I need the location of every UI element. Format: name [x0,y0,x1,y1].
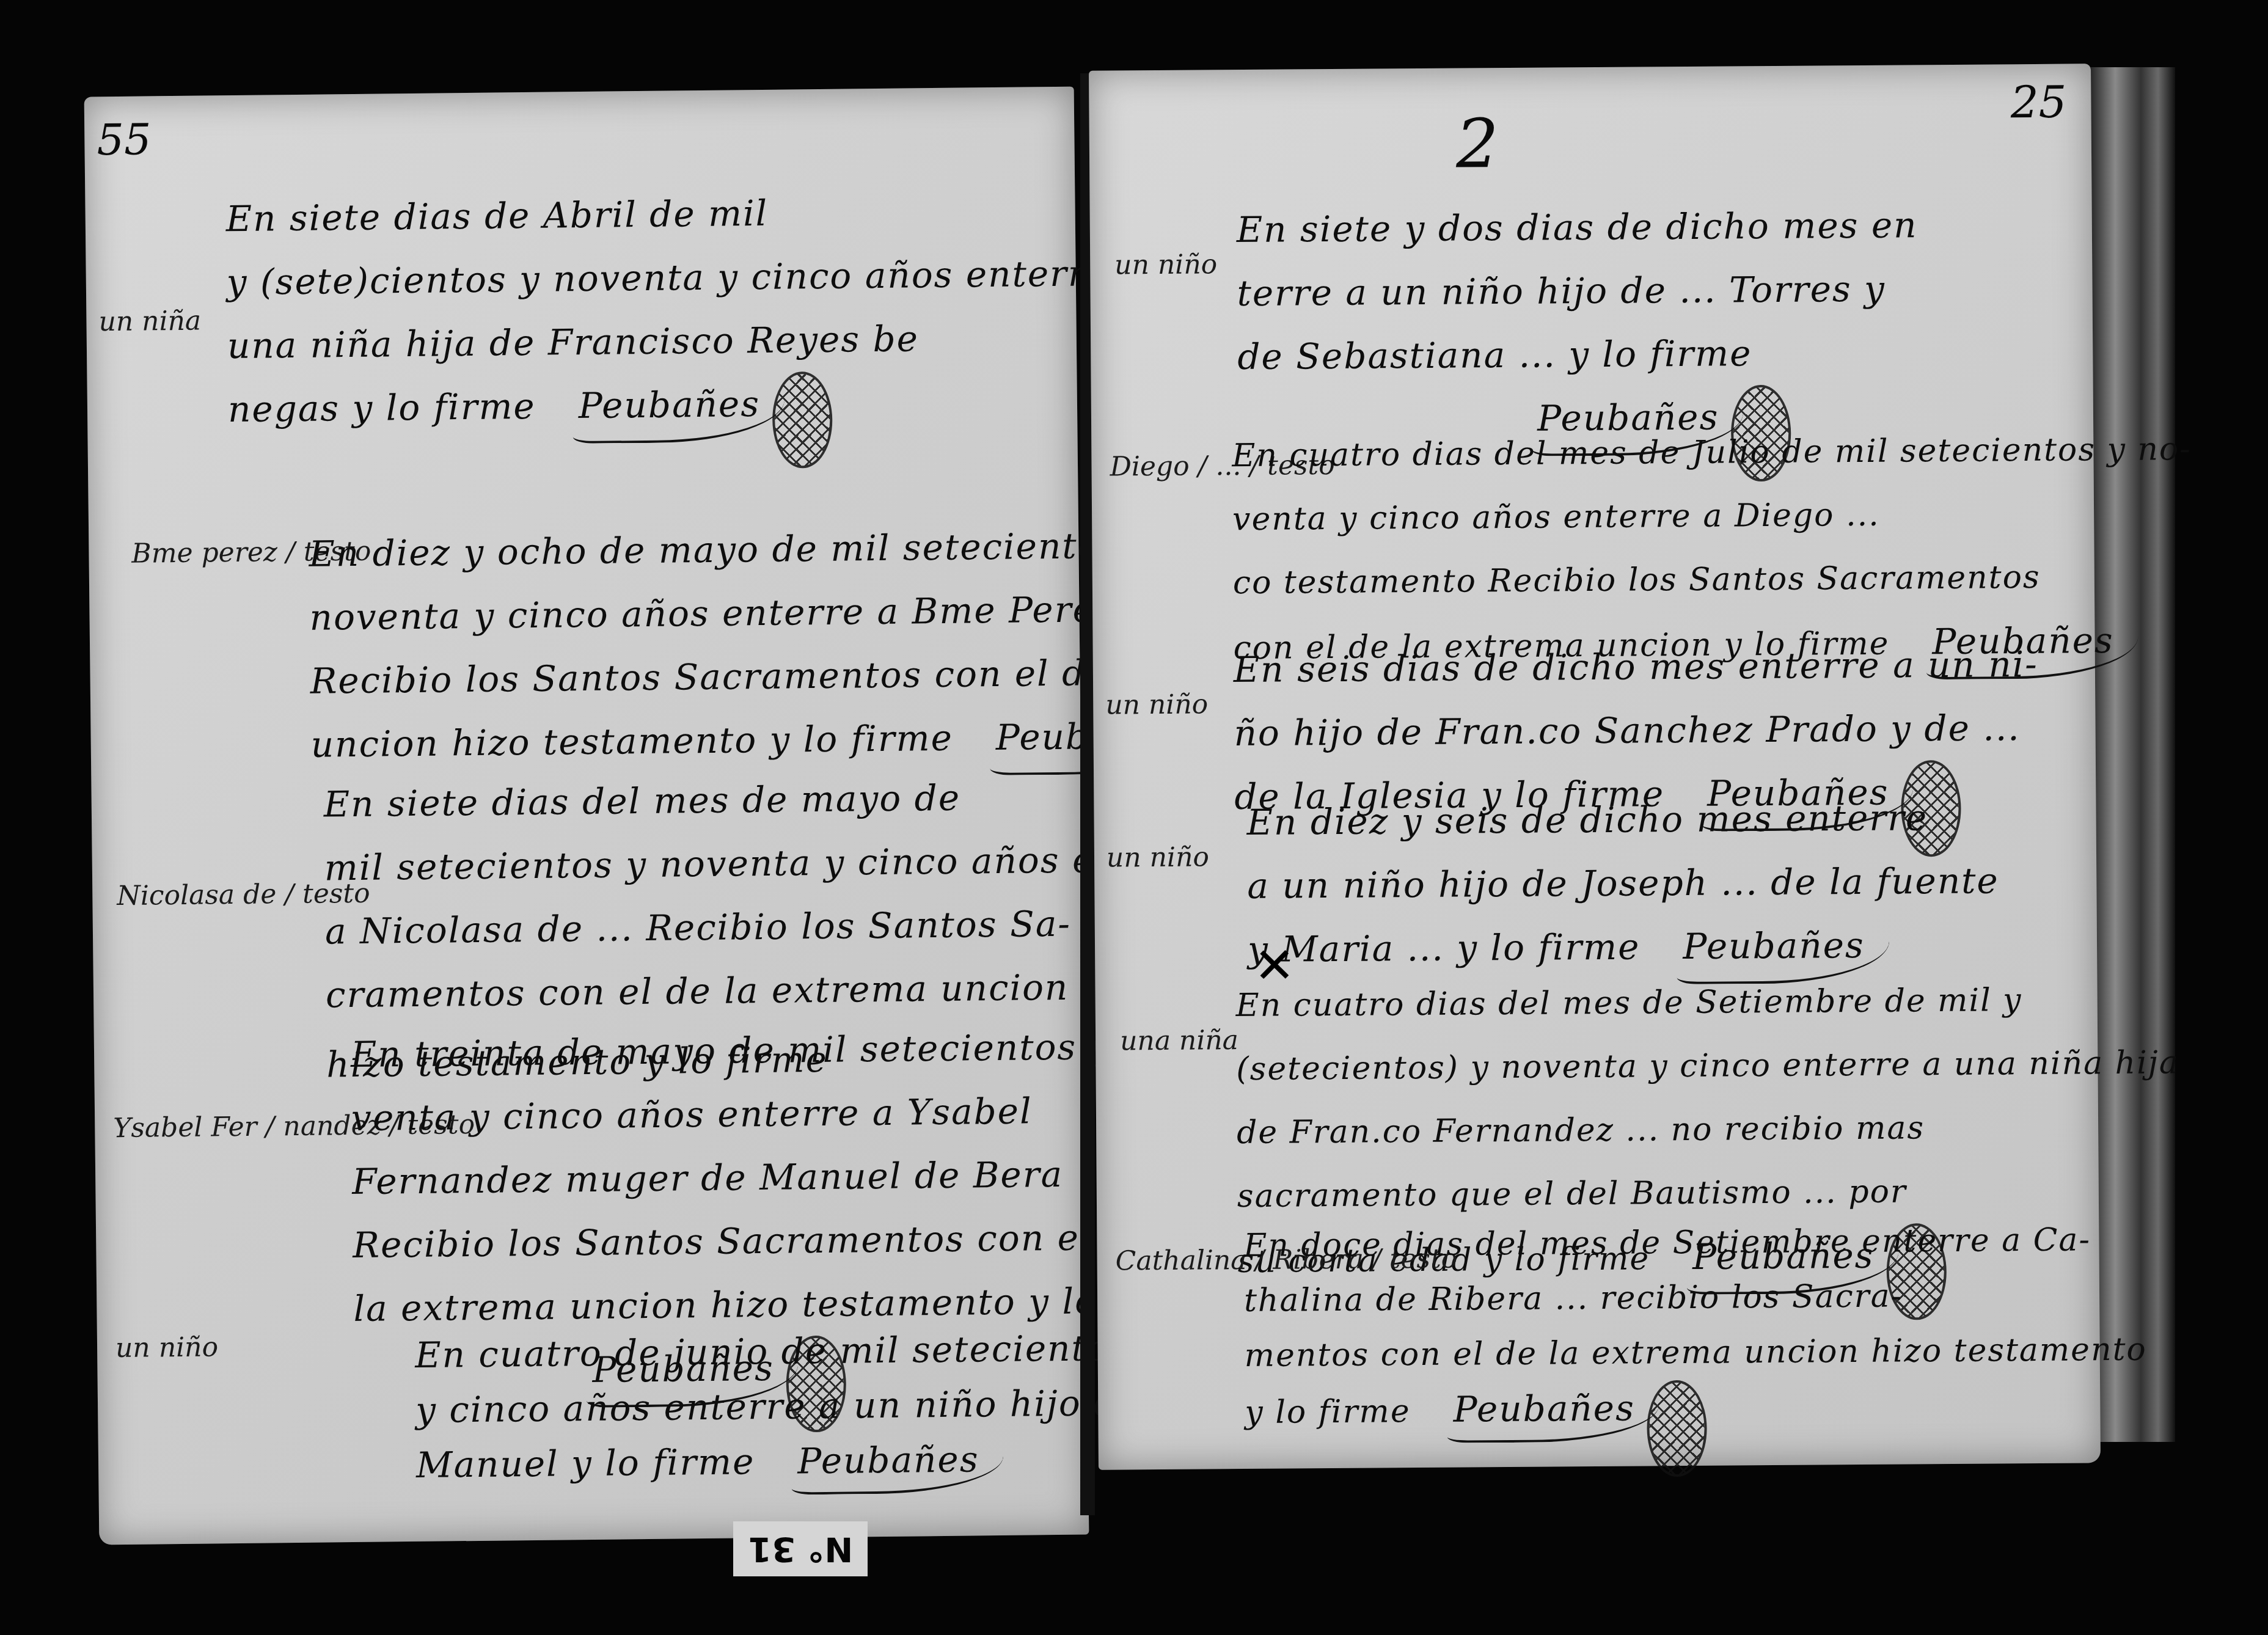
entry-line: de Sebastiana ... y lo firme [1237,320,1919,389]
margin-note: un niño [1105,687,1208,723]
margin-note: una niña [1120,1023,1238,1059]
entry-line: terre a un niño hijo de ... Torres y [1237,257,1918,325]
entry-line: negas y lo firmePeubañes [227,368,1145,474]
entry-line: En siete y dos dias de dicho mes en [1236,193,1917,262]
margin-note: un niño [1114,247,1217,283]
register-entry: En siete dias de Abril de mil y (sete)ci… [225,177,1145,474]
folio-number-left: 55 [97,114,152,165]
folio-number-right: 25 [2011,76,2067,128]
signature-rubric [1647,1380,1707,1477]
entry-line: una niña hija de Francisco Reyes be [227,304,1144,378]
priest-signature: Peubañes [572,372,785,444]
left-page: 55 un niña En siete dias de Abril de mil… [84,87,1089,1545]
margin-note: un niño [1107,839,1209,876]
entry-line: En diez y seis de dicho mes enterre [1246,785,1999,854]
header-mark: 2 [1455,104,1499,183]
entry-line: y lo firmePeubañes [1245,1377,2148,1480]
entry-line: ño hijo de Fran.co Sanchez Prado y de ..… [1234,696,2039,765]
entry-line: thalina de Ribera ... recibio los Sacra- [1244,1267,2147,1328]
signature-rubric [772,371,833,469]
register-entry: En doce dias del mes de Setiembre enterr… [1243,1212,2148,1480]
priest-signature: Peubañes [1447,1380,1659,1443]
entry-line: (setecientos) y noventa y cinco enterre … [1236,1031,2179,1101]
margin-note: un niña [98,304,201,340]
margin-note: un niño [115,1330,219,1366]
entry-line: En doce dias del mes de Setiembre enterr… [1243,1212,2146,1273]
tab-label: N° 31 [748,1529,853,1569]
entry-line: y (sete)cientos y noventa y cinco años e… [226,241,1143,314]
entry-line: En siete dias de Abril de mil [225,177,1143,251]
right-page: 2 25 un niño En siete y dos dias de dich… [1089,64,2101,1469]
entry-line: En cuatro dias del mes de Julio de mil s… [1232,417,2192,488]
entry-line: En seis dias de dicho mes enterre a un n… [1234,632,2039,701]
entry-line: venta y cinco años enterre a Diego ... [1232,481,2192,551]
entry-line: a un niño hijo de Joseph ... de la fuent… [1247,849,1999,918]
entry-line: co testamento Recibio los Santos Sacrame… [1233,544,2193,615]
priest-signature: Peubañes [791,1432,1004,1495]
entry-line: de Fran.co Fernandez ... no recibio mas [1237,1094,2180,1165]
entry-line: En cuatro dias del mes de Setiembre de m… [1235,967,2179,1037]
entry-line: mentos con el de la extrema uncion hizo … [1244,1322,2147,1383]
volume-tab: N° 31 [733,1521,868,1576]
register-entry: En diez y seis de dicho mes enterre a un… [1246,785,2000,987]
